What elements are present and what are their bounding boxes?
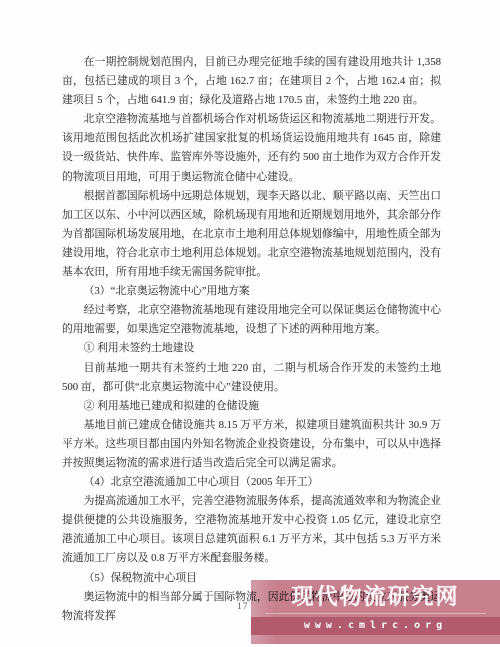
watermark-stamp: 现代物流研究网 www.cmlrc.org [251,580,500,644]
watermark-title: 现代物流研究网 [251,580,500,610]
paragraph: 根据首都国际机场中远期总体规划，现李天路以北、顺平路以南、天竺出口加工区以东、小… [62,187,441,282]
paragraph: 在一期控制规划范围内，目前已办理完征地手续的国有建设用地共计 1,358 亩，包… [62,53,441,110]
paragraph: （3）“北京奥运物流中心”用地方案 [62,282,441,301]
paragraph: 目前基地一期共有未签约土地 220 亩，二期与机场合作开发的未签约土地 500 … [62,359,441,397]
paragraph: ② 利用基地已建成和拟建的仓储设施 [62,397,441,416]
document-page: 在一期控制规划范围内，目前已办理完征地手续的国有建设用地共计 1,358 亩，包… [0,0,500,647]
paragraph: 为提高流通加工水平，完善空港物流服务体系，提高流通效率和为物流企业提供便捷的公共… [62,492,441,568]
paragraph: （4）北京空港流通加工中心项目（2005 年开工） [62,473,441,492]
paragraph: 经过考察，北京空港物流基地现有建设用地完全可以保证奥运仓储物流中心的用地需要，如… [62,301,441,339]
paragraph: ① 利用未签约土地建设 [62,339,441,358]
page-number: 17 [237,602,249,612]
document-body: 在一期控制规划范围内，目前已办理完征地手续的国有建设用地共计 1,358 亩，包… [62,53,441,626]
paragraph: 基地目前已建成仓储设施共 8.15 万平方米，拟建项目建筑面积共计 30.9 万… [62,416,441,473]
paragraph: 北京空港物流基地与首都机场合作对机场货运区和物流基地二期进行开发。该用地范围包括… [62,110,441,186]
watermark-divider [265,613,486,614]
watermark-url: www.cmlrc.org [251,617,500,635]
